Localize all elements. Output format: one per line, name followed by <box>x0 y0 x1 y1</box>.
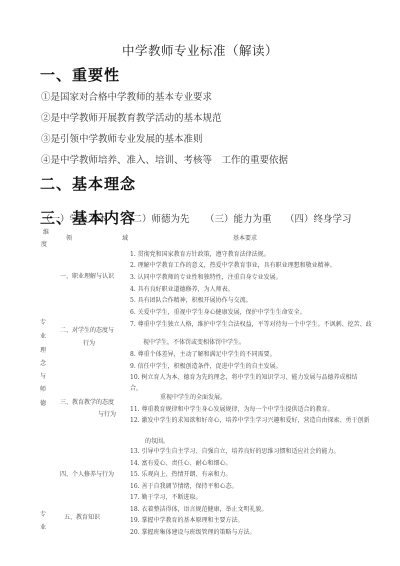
requirement-line: 19. 掌握中学教育的基本原理和主要方法。 <box>130 515 243 524</box>
requirement-line: 12. 激发中学生的求知欲和好奇心，培养中学生学习兴趣和爱好，营造自由探索、勇于… <box>130 415 369 424</box>
domain-label-2-line1: 二、对学生的态度与 <box>60 327 114 334</box>
table-header-dimension-top: 维 <box>43 229 49 236</box>
requirement-line: 1. 贯彻党和国家教育方针政策，遵守教育法律法规。 <box>130 249 270 258</box>
idea-4: （四）终身学习 <box>285 211 352 225</box>
requirement-line: 的氛围。 <box>145 436 169 445</box>
section-heading-content: 三、基本内容 <box>40 207 136 228</box>
table-header-domain-right: 域 <box>122 235 128 242</box>
requirement-line: 合， <box>130 383 142 392</box>
dimension-char: 业 <box>40 331 46 340</box>
domain-label-4: 四、个人修养与行为 <box>60 471 114 478</box>
table-header-dimension-bottom: 度 <box>41 241 47 248</box>
requirement-line: 16. 善于自我调节情绪，保持平和心态。 <box>130 481 237 490</box>
requirement-line: 4. 具有良好职业道德修养，为人师表。 <box>130 284 234 293</box>
domain-label-3-line2: 与行为 <box>98 411 116 418</box>
requirement-line: 8. 尊重个体差异，主动了解和满足中学生的不同需要。 <box>130 349 276 358</box>
requirement-line: 20. 掌握班集体建设与班级管理的策略与方法。 <box>130 527 255 536</box>
requirement-line: 11. 尊重教育规律和中学生身心发展规律，为每一个中学生提供适合的教育。 <box>130 404 333 413</box>
domain-label-1: 一、职业理解与认识 <box>60 273 114 280</box>
requirement-line: 9. 信任中学生，积极创造条件，促进中学生的自主发展。 <box>130 361 282 370</box>
dimension-char: 德 <box>40 398 46 407</box>
importance-item-2: ②是中学教师开展教育教学活动的基本规范 <box>41 110 222 124</box>
section-heading-importance: 一、重要性 <box>40 64 120 85</box>
requirement-line: 2. 理解中学教育工作的意义，热爱中学教育事业，具有职业理想和敬业精神。 <box>130 260 336 269</box>
table-header-requirements: 基本要求 <box>233 235 257 242</box>
requirement-line: 18. 衣着整洁得体，语言规范健康，举止文明礼貌。 <box>130 504 267 513</box>
requirement-line: 7. 尊重中学生独立人格，维护中学生合法权益，平等对待每一个中学生。不讽刺、挖苦… <box>130 319 372 328</box>
dimension-char: 师 <box>40 384 46 393</box>
requirement-line: 14. 富有爱心、责任心、耐心和细心。 <box>130 458 231 467</box>
dimension-char: 理 <box>40 345 46 354</box>
domain-label-5: 五、教育知识 <box>64 514 100 521</box>
idea-3: （三）能力为重 <box>205 211 285 225</box>
dimension-char: 专 <box>40 509 46 518</box>
domain-label-2-line2: 行为 <box>83 340 95 347</box>
importance-item-1: ①是国家对合格中学教师的基本专业要求 <box>41 89 212 103</box>
requirement-line: 3. 认同中学教师的专业性和独特性，注重自身专业发展。 <box>130 272 282 281</box>
requirement-line: 17. 勤于学习，不断进取。 <box>130 492 201 501</box>
section-heading-ideas: 二、基本理念 <box>40 173 136 194</box>
requirement-line: 重视中学生的全面发展。 <box>160 392 226 401</box>
page-title: 中学教师专业标准（解读） <box>0 41 400 59</box>
requirement-line: 5. 具有团队合作精神，积极开展协作与交流。 <box>130 295 252 304</box>
importance-item-3: ③是引领中学教师专业发展的基本准则 <box>41 131 203 145</box>
dimension-char: 业 <box>40 522 46 531</box>
requirement-line: 6. 关爱中学生，重视中学生身心健康发展，保护中学生生命安全。 <box>130 307 306 316</box>
requirement-line: 10. 树立育人为本、德育为先的理念，将中学生的知识学习、能力发展与品德养成相结 <box>130 372 357 381</box>
requirement-line: 视中学生，不体罚或变相体罚中学生。 <box>143 337 245 346</box>
dimension-char: 念 <box>40 358 46 367</box>
table-header-domain-left: 领 <box>66 235 72 242</box>
dimension-char: 专 <box>40 317 46 326</box>
requirement-line: 15. 乐观向上、热情开朗、有亲和力。 <box>130 469 231 478</box>
dimension-char: 与 <box>40 371 46 380</box>
importance-item-4: ④是中学教师培养、准入、培训、考核等 工作的重要依据 <box>41 152 288 166</box>
requirement-line: 13. 引导中学生自主学习、自强自立，培养良好的思维习惯和适应社会的能力。 <box>130 446 339 455</box>
domain-label-3-line1: 三、教育教学的态度 <box>60 399 114 406</box>
